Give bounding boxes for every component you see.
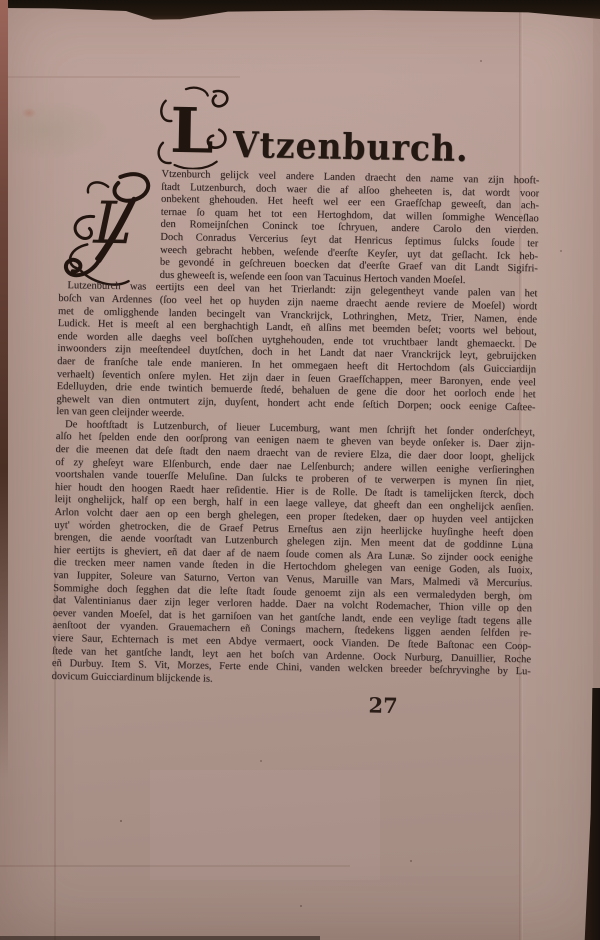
chapter-title: L Vtzenburch. [155,85,541,176]
page-number: 27 [347,692,419,718]
title-text: Vtzenburch. [233,123,469,169]
paper-show-through [150,770,380,880]
paragraph-lines: De hooftſtadt is Lutzenburch, of lieuer … [52,419,536,692]
paragraph-3: De hooftſtadt is Lutzenburch, of lieuer … [52,419,536,692]
calligraphic-dropcap: L [59,168,157,282]
paragraph-2: Lutzenburch was eertijts een deel van he… [56,280,537,427]
background-bottom-edge [0,936,320,940]
paragraph-1: L Vtzenburch gelijck veel andere Landen … [59,167,540,289]
printed-content: L Vtzenburch. [51,83,541,721]
woodcut-letter: L [170,94,215,168]
horizontal-crease-top [0,76,240,78]
body-text: L Vtzenburch gelijck veel andere Landen … [52,167,540,692]
woodcut-initial-icon: L [155,85,232,170]
dropcap-letter: L [92,189,133,258]
book-page: L Vtzenburch. [0,0,600,940]
dropcap-flourish-icon: L [59,168,157,282]
paragraph-lines: Lutzenburch was eertijts een deel van he… [56,280,537,427]
paper-stain [22,108,36,118]
book-photo: L Vtzenburch. [0,0,600,940]
background-left-edge [0,0,8,780]
